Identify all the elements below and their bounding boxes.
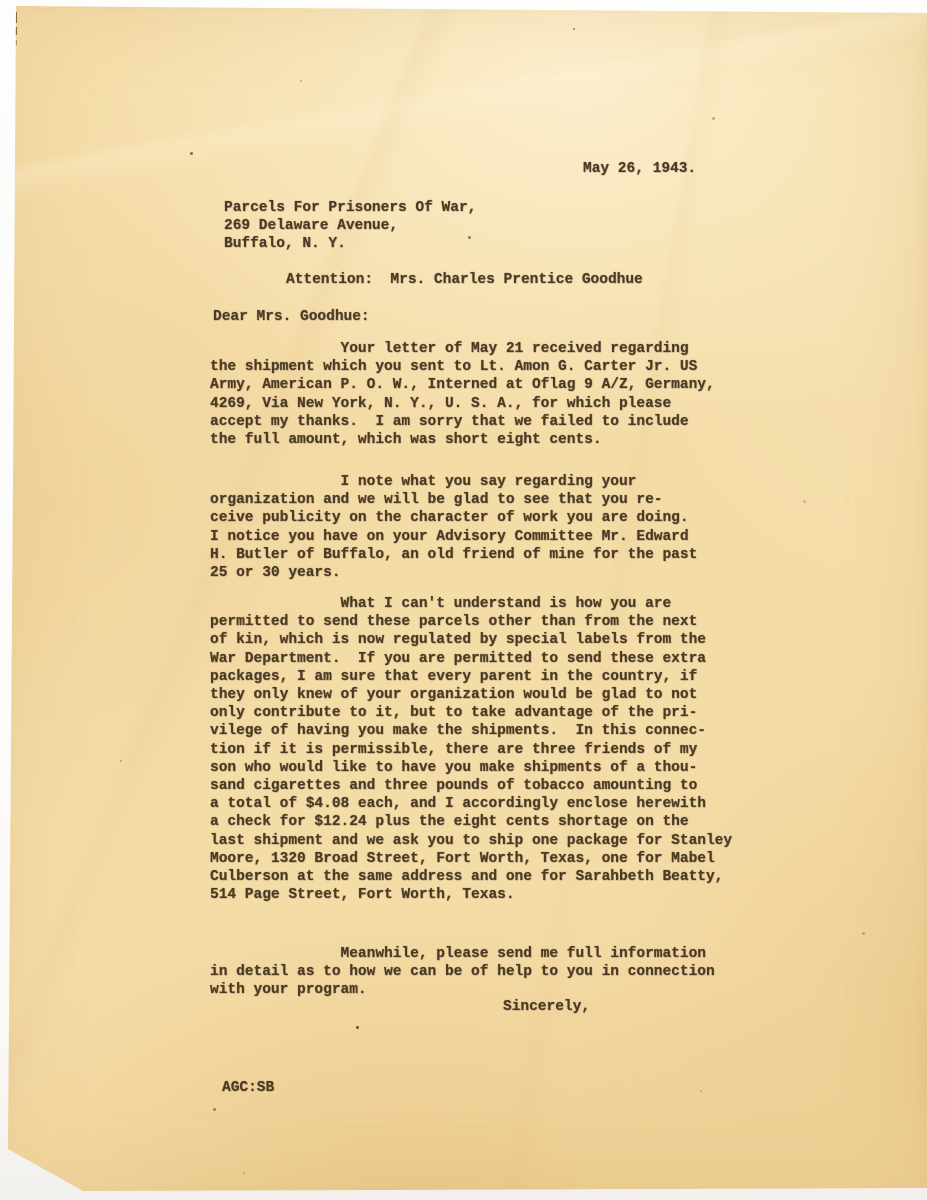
closing-line: Sincerely, [503, 998, 590, 1016]
recipient-street: 269 Delaware Avenue, [224, 217, 398, 235]
body-paragraph-2: I note what you say regarding your organ… [210, 473, 697, 582]
reference-initials: AGC:SB [222, 1079, 274, 1097]
recipient-city: Buffalo, N. Y. [224, 235, 346, 253]
body-paragraph-1: Your letter of May 21 received regarding… [210, 340, 715, 449]
attention-line: Attention: Mrs. Charles Prentice Goodhue [286, 271, 643, 289]
typed-text-layer: May 26, 1943. Parcels For Prisoners Of W… [0, 0, 927, 1200]
date-line: May 26, 1943. [583, 160, 696, 178]
body-paragraph-4: Meanwhile, please send me full informati… [210, 945, 715, 1000]
salutation-line: Dear Mrs. Goodhue: [213, 308, 370, 326]
body-paragraph-3: What I can't understand is how you are p… [210, 595, 732, 904]
recipient-organization: Parcels For Prisoners Of War, [224, 199, 476, 217]
scanned-letter-page: May 26, 1943. Parcels For Prisoners Of W… [0, 0, 927, 1200]
